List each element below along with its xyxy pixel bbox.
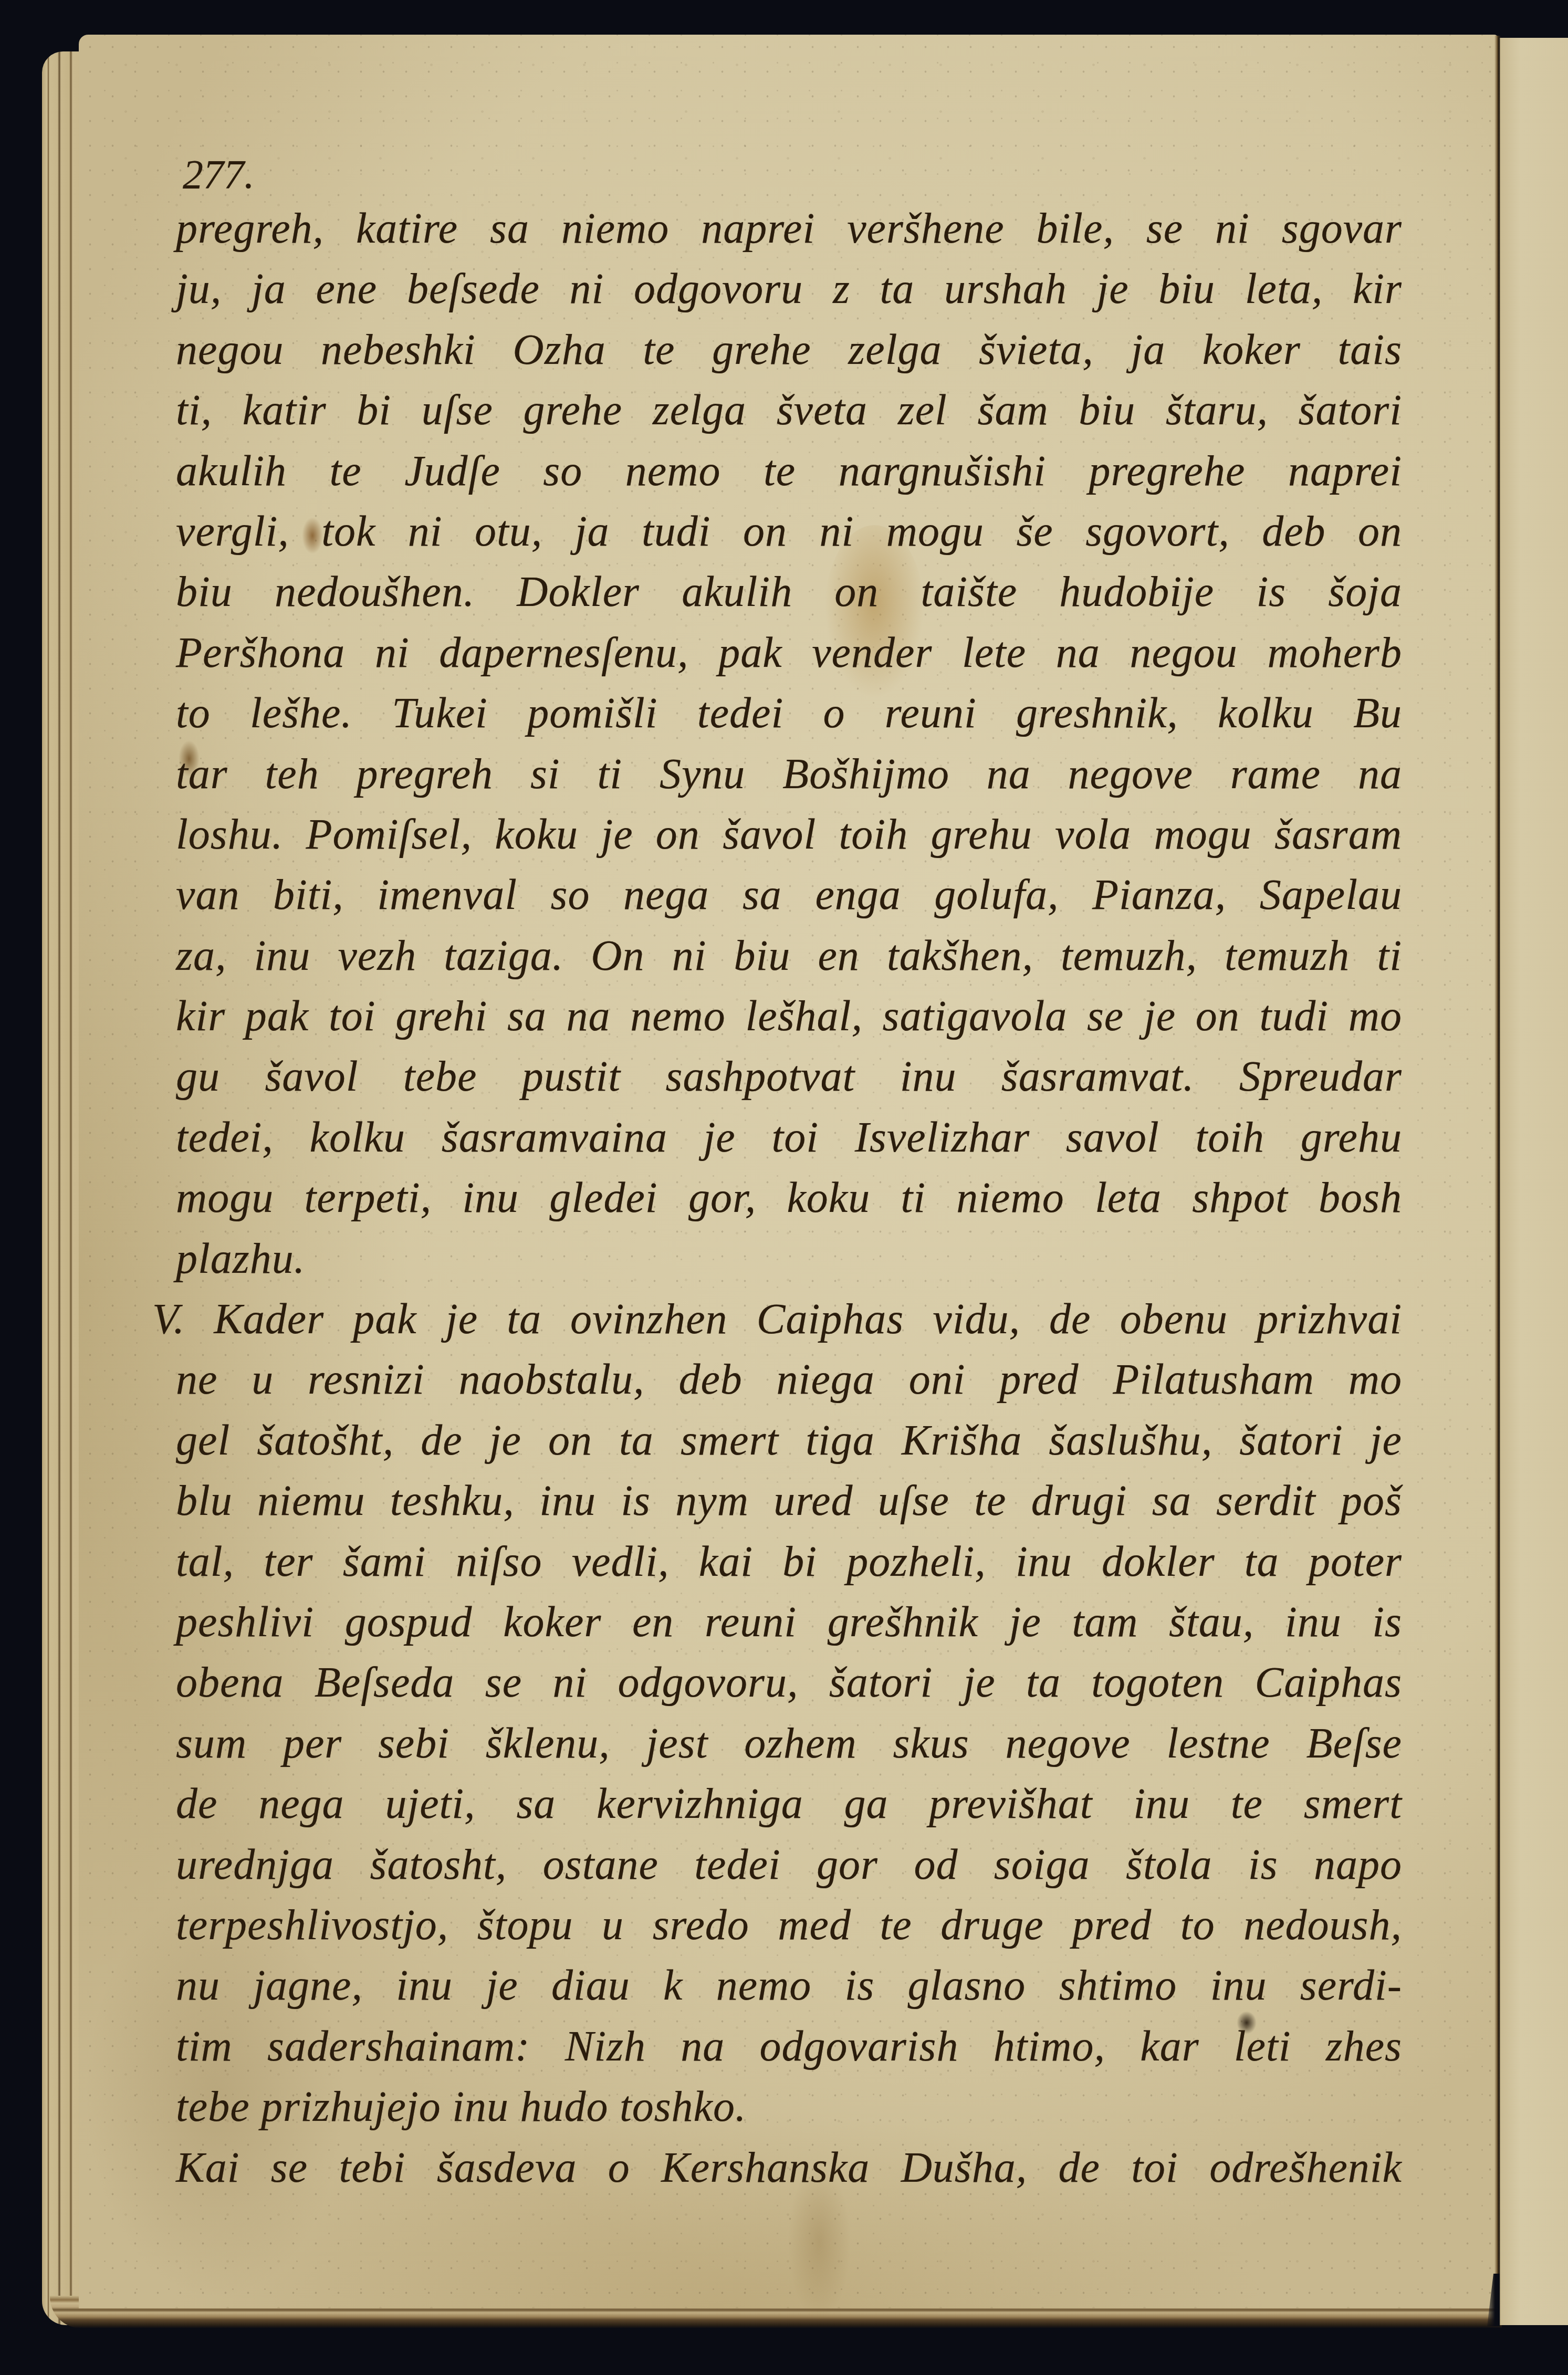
text-line: Peršhona ni dapernesſenu, pak vender let…	[176, 622, 1402, 683]
text-line: nu jagne, inu je diau k nemo is glasno s…	[176, 1955, 1402, 2015]
text-line: biu nedoušhen. Dokler akulih on taište h…	[176, 561, 1402, 622]
text-line: pregreh, katire sa niemo naprei veršhene…	[176, 198, 1402, 258]
book-gutter	[1494, 36, 1501, 2326]
text-line: peshlivi gospud koker en reuni grešhnik …	[176, 1592, 1402, 1652]
text-line: tar teh pregreh si ti Synu Bošhijmo na n…	[176, 744, 1402, 804]
text-line: mogu terpeti, inu gledei gor, koku ti ni…	[176, 1167, 1402, 1228]
text-line: van biti, imenval so nega sa enga golufa…	[176, 864, 1402, 925]
text-line: plazhu.	[176, 1228, 1402, 1289]
text-line: ti, katir bi uſse grehe zelga šveta zel …	[176, 380, 1402, 440]
text-line: tim sadershainam: Nizh na odgovarish hti…	[176, 2016, 1402, 2076]
text-line: gu šavol tebe pustit sashpotvat inu šasr…	[176, 1046, 1402, 1106]
text-line: za, inu vezh taziga. On ni biu en takšhe…	[176, 925, 1402, 986]
text-line: akulih te Judſe so nemo te nargnušishi p…	[176, 441, 1402, 501]
text-line: ne u resnizi naobstalu, deb niega oni pr…	[176, 1349, 1402, 1409]
text-line: V. Kader pak je ta ovinzhen Caiphas vidu…	[152, 1289, 1402, 1349]
facing-page-edge	[1500, 38, 1568, 2325]
text-line: tal, ter šami niſso vedli, kai bi pozhel…	[176, 1531, 1402, 1592]
text-line: urednjga šatosht, ostane tedei gor od so…	[176, 1834, 1402, 1895]
paragraph: V. Kader pak je ta ovinzhen Caiphas vidu…	[176, 1289, 1402, 2137]
text-line: sum per sebi šklenu, jest ozhem skus neg…	[176, 1713, 1402, 1773]
text-line: tedei, kolku šasramvaina je toi Isvelizh…	[176, 1107, 1402, 1167]
paragraph: pregreh, katire sa niemo naprei veršhene…	[176, 198, 1402, 1289]
text-line: loshu. Pomiſsel, koku je on šavol toih g…	[176, 804, 1402, 864]
text-line: blu niemu teshku, inu is nym ured uſse t…	[176, 1470, 1402, 1531]
paragraph: Kai se tebi šasdeva o Kershanska Dušha, …	[176, 2137, 1402, 2198]
text-line: terpeshlivostjo, štopu u sredo med te dr…	[176, 1895, 1402, 1955]
text-line: Kai se tebi šasdeva o Kershanska Dušha, …	[176, 2137, 1402, 2198]
manuscript-text: pregreh, katire sa niemo naprei veršhene…	[176, 198, 1402, 2198]
text-line: vergli, tok ni otu, ja tudi on ni mogu š…	[176, 501, 1402, 561]
text-line: gel šatošht, de je on ta smert tiga Kriš…	[176, 1410, 1402, 1470]
page-number: 277.	[183, 148, 255, 201]
text-line: kir pak toi grehi sa na nemo lešhal, sat…	[176, 986, 1402, 1046]
text-line: to lešhe. Tukei pomišli tedei o reuni gr…	[176, 683, 1402, 743]
text-line: tebe prizhujejo inu hudo toshko.	[176, 2076, 1402, 2137]
text-line: negou nebeshki Ozha te grehe zelga šviet…	[176, 319, 1402, 380]
text-line: de nega ujeti, sa kervizhniga ga previšh…	[176, 1773, 1402, 1834]
text-line: ju, ja ene beſsede ni odgovoru z ta ursh…	[176, 258, 1402, 319]
text-line: obena Beſseda se ni odgovoru, šatori je …	[176, 1652, 1402, 1712]
